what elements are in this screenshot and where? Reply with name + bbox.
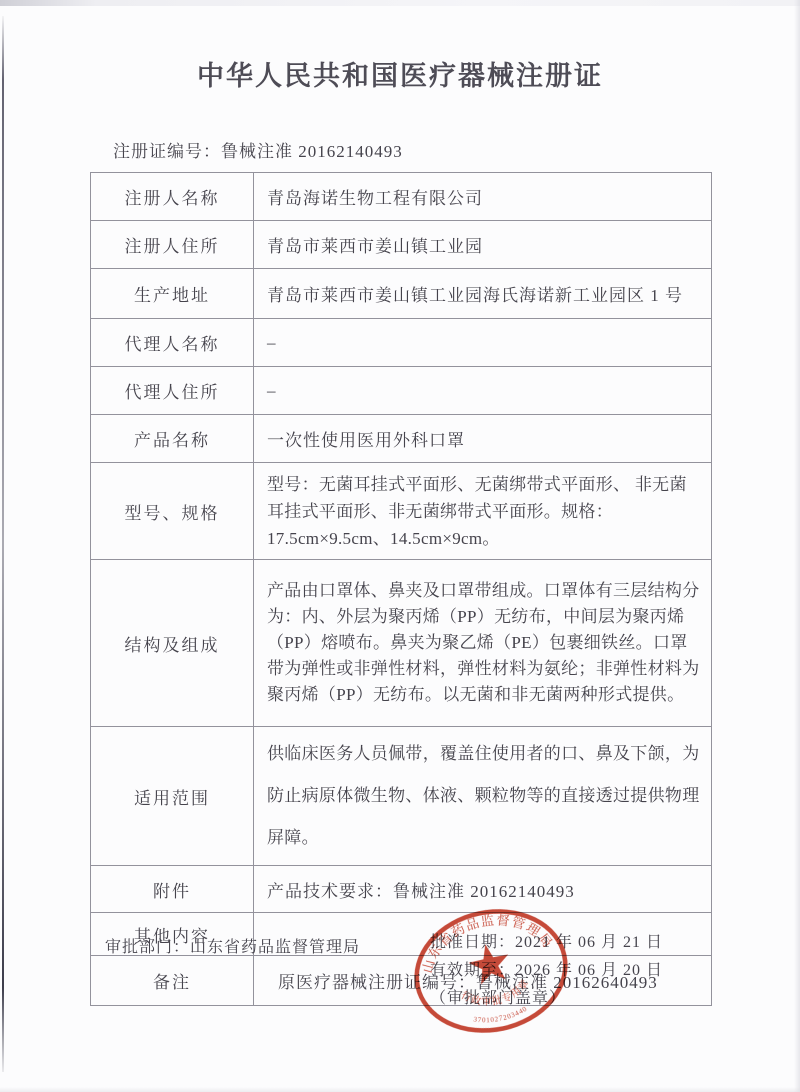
field-label: 备注 bbox=[91, 956, 254, 1006]
field-value: 型号：无菌耳挂式平面形、无菌绑带式平面形、 非无菌耳挂式平面形、非无菌绑带式平面… bbox=[254, 463, 712, 560]
table-row-agent-name: 代理人名称 – bbox=[91, 319, 712, 367]
table-row-registrant-name: 注册人名称 青岛海诺生物工程有限公司 bbox=[91, 173, 712, 221]
table-row-agent-address: 代理人住所 – bbox=[91, 367, 712, 415]
field-value: 一次性使用医用外科口罩 bbox=[254, 415, 712, 463]
scan-edge-left bbox=[2, 16, 4, 1072]
field-label: 注册人住所 bbox=[91, 221, 254, 269]
field-label: 适用范围 bbox=[91, 727, 254, 866]
certificate-page: 中华人民共和国医疗器械注册证 注册证编号：鲁械注准 20162140493 注册… bbox=[0, 0, 800, 1092]
field-value: – bbox=[254, 367, 712, 415]
field-label: 代理人名称 bbox=[91, 319, 254, 367]
table-row-model-spec: 型号、规格 型号：无菌耳挂式平面形、无菌绑带式平面形、 非无菌耳挂式平面形、非无… bbox=[91, 463, 712, 560]
scan-edge-top bbox=[0, 0, 800, 6]
table-row-production-address: 生产地址 青岛市莱西市姜山镇工业园海氏海诺新工业园区 1 号 bbox=[91, 269, 712, 319]
table-row-attachment: 附件 产品技术要求：鲁械注准 20162140493 bbox=[91, 866, 712, 913]
table-row-registrant-address: 注册人住所 青岛市莱西市姜山镇工业园 bbox=[91, 221, 712, 269]
scan-edge-bottom bbox=[0, 1087, 800, 1092]
certificate-table: 注册人名称 青岛海诺生物工程有限公司 注册人住所 青岛市莱西市姜山镇工业园 生产… bbox=[90, 172, 712, 1006]
registration-number-label: 注册证编号： bbox=[113, 142, 221, 161]
star-icon bbox=[466, 940, 514, 986]
registration-number-line: 注册证编号：鲁械注准 20162140493 bbox=[113, 137, 403, 162]
field-label: 产品名称 bbox=[91, 415, 254, 463]
table-row-product-name: 产品名称 一次性使用医用外科口罩 bbox=[91, 415, 712, 463]
field-value: 青岛市莱西市姜山镇工业园 bbox=[254, 221, 712, 269]
field-label: 生产地址 bbox=[91, 269, 254, 319]
field-value: 供临床医务人员佩带，覆盖住使用者的口、鼻及下颌，为防止病原体微生物、体液、颗粒物… bbox=[254, 727, 712, 866]
registration-number-value: 鲁械注准 20162140493 bbox=[221, 142, 403, 161]
certificate-title: 中华人民共和国医疗器械注册证 bbox=[0, 54, 800, 93]
scan-edge-right bbox=[794, 0, 800, 1092]
table-row-intended-use: 适用范围 供临床医务人员佩带，覆盖住使用者的口、鼻及下颌，为防止病原体微生物、体… bbox=[91, 727, 712, 866]
field-label: 结构及组成 bbox=[91, 560, 254, 727]
approval-department-line: 审批部门：山东省药品监督管理局 bbox=[105, 934, 360, 957]
field-label: 代理人住所 bbox=[91, 367, 254, 415]
field-label: 型号、规格 bbox=[91, 463, 254, 560]
field-label: 附件 bbox=[91, 866, 254, 913]
field-value: – bbox=[254, 319, 712, 367]
field-value: 产品由口罩体、鼻夹及口罩带组成。口罩体有三层结构分为：内、外层为聚丙烯（PP）无… bbox=[254, 560, 712, 727]
table-row-structure: 结构及组成 产品由口罩体、鼻夹及口罩带组成。口罩体有三层结构分为：内、外层为聚丙… bbox=[91, 560, 712, 727]
field-value: 青岛市莱西市姜山镇工业园海氏海诺新工业园区 1 号 bbox=[254, 269, 712, 319]
field-label: 注册人名称 bbox=[91, 173, 254, 221]
field-value: 青岛海诺生物工程有限公司 bbox=[254, 173, 712, 221]
